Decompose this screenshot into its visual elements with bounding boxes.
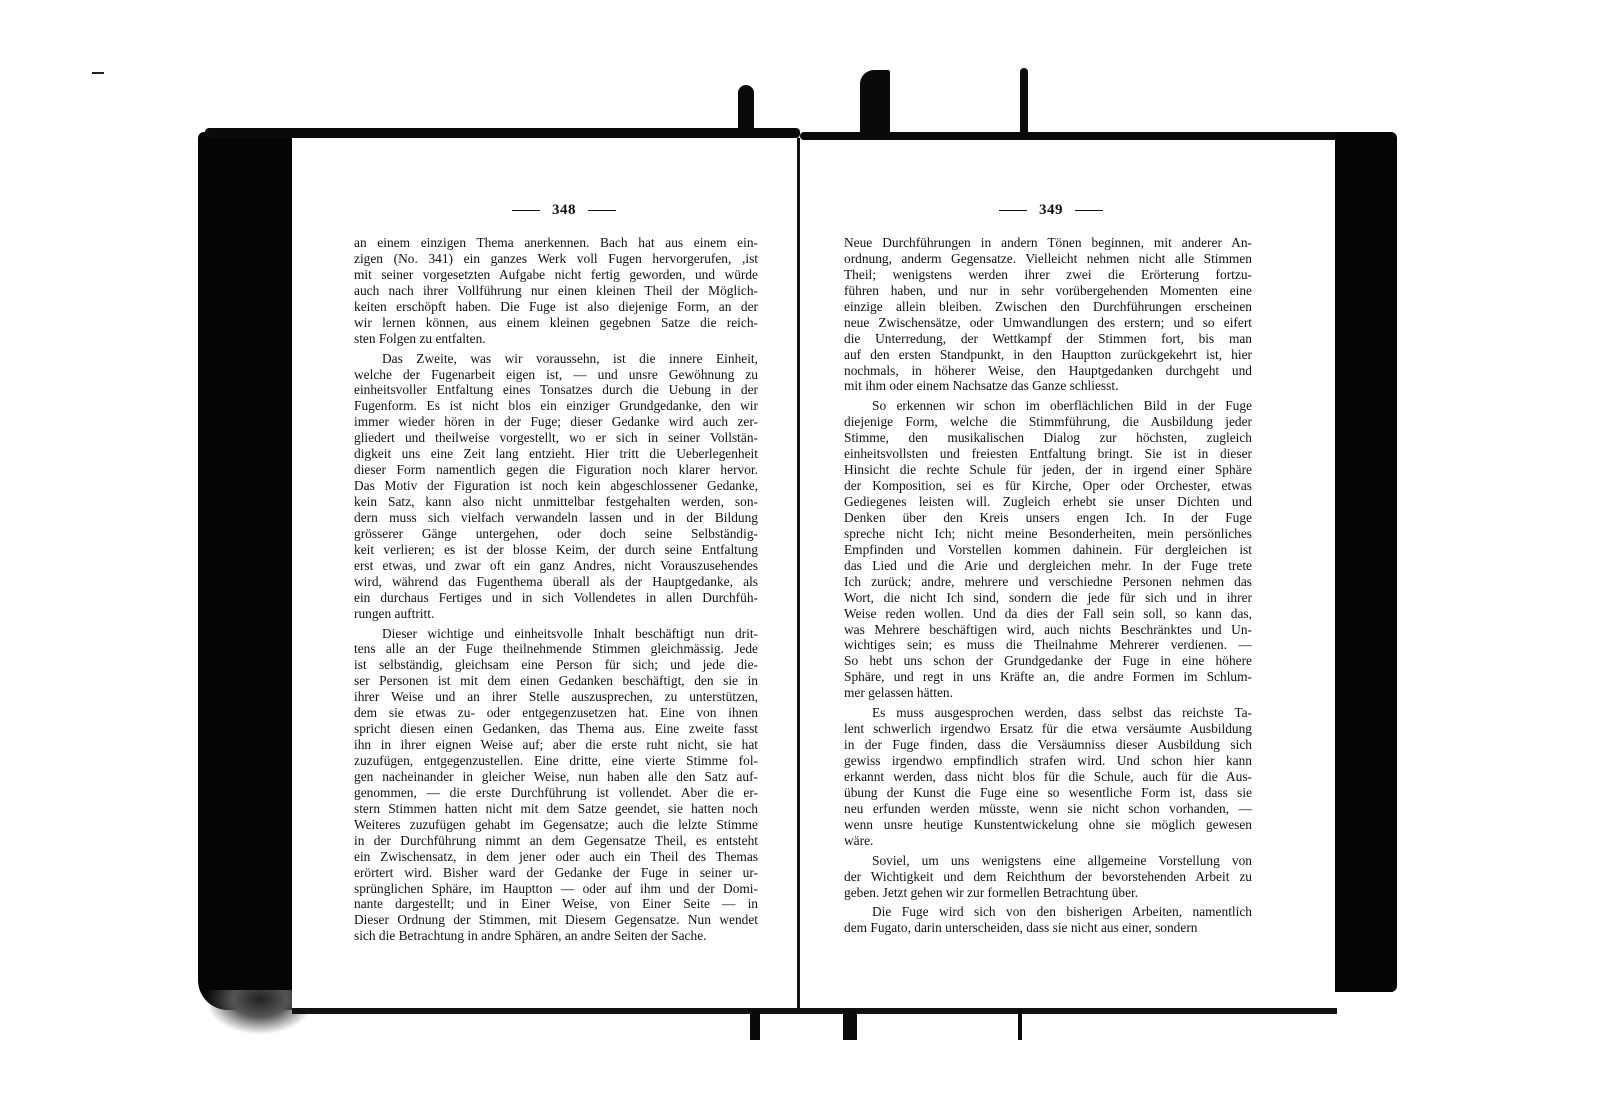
bookmark-tab-bottom [843, 1010, 857, 1040]
text-line: sich die Betrachtung in andre Sphären, a… [354, 928, 758, 944]
text-line: in der Fuge finden, dass die Versäumniss… [844, 737, 1252, 753]
text-line: Sphäre, und regt in uns Kräfte an, die a… [844, 669, 1252, 685]
text-line: Neue Durchführungen in andern Tönen begi… [844, 235, 1252, 251]
text-line: tens alle an der Fuge theilnehmende Stim… [354, 641, 758, 657]
text-line: Ich zurück; andre, mehrere und verschied… [844, 574, 1252, 590]
text-line: an einem einzigen Thema anerkennen. Bach… [354, 235, 758, 251]
text-line: neu erfunden werden müsste, wenn sie nic… [844, 801, 1252, 817]
text-line: wichtiges sein; es muss die Theilnahme M… [844, 637, 1252, 653]
text-line: mit seiner vorgesetzten Aufgabe nicht fe… [354, 267, 758, 283]
text-line: Theil; wenigstens werden ihrer zwei die … [844, 267, 1252, 283]
book-spine [797, 138, 800, 1008]
text-line: welche der Fugenarbeit eigen ist, — und … [354, 367, 758, 383]
bookmark-tab-bottom [1018, 1010, 1022, 1040]
text-line: diejenige Form, welche die Stimmführung,… [844, 414, 1252, 430]
text-line: kein Satz, kann also nicht unmittelbar f… [354, 494, 758, 510]
page-number-text: 348 [552, 202, 576, 218]
text-line: ist selbständig, gleichsam eine Person f… [354, 657, 758, 673]
text-line: mer gelassen hätten. [844, 685, 1252, 701]
page-number: 348 [500, 202, 628, 219]
scan-artifact-mark [92, 72, 104, 74]
text-line: Dieser Ordnung der Stimmen, mit Diesem G… [354, 912, 758, 928]
page-number-text: 349 [1039, 202, 1063, 218]
text-line: neue Zwischensätze, oder Umwandlungen de… [844, 315, 1252, 331]
text-line: erst etwas, und zwar oft ein ganz Andres… [354, 558, 758, 574]
text-line: das Lied und die Arie und dergleichen me… [844, 558, 1252, 574]
bookmark-tab [738, 85, 754, 133]
text-line: digkeit uns eine Zeit lang entzieht. Hie… [354, 446, 758, 462]
text-line: spreche nicht Ich; nicht meine Besonderh… [844, 526, 1252, 542]
book-top-edge-left [205, 128, 800, 138]
text-line: Fugenform. Es ist nicht blos ein einzige… [354, 398, 758, 414]
text-line: Dieser wichtige und einheitsvolle Inhalt… [354, 626, 758, 642]
text-line: sten Folgen zu entfalten. [354, 331, 758, 347]
text-line: Stimme, den musikalischen Dialog zur höc… [844, 430, 1252, 446]
text-line: auch nach ihrer Vollführung nur einen kl… [354, 283, 758, 299]
text-line: gliedert und theilweise vorgestellt, wo … [354, 430, 758, 446]
right-page: 349 Neue Durchführungen in andern Tönen … [804, 140, 1335, 1008]
text-line: dem Fugato, darin unterscheiden, dass si… [844, 920, 1252, 936]
text-line: mit ihm oder einem Nachsatze das Ganze s… [844, 378, 1252, 394]
text-line: dieser Form namentlich gegen die Figurat… [354, 462, 758, 478]
book-top-edge-right [800, 132, 1395, 140]
left-page: 348 an einem einzigen Thema anerkennen. … [292, 140, 797, 1008]
text-line: gen nacheinander in gleicher Weise, nun … [354, 769, 758, 785]
text-line: der Wichtigkeit und dem Reichthum der be… [844, 869, 1252, 885]
text-line: Weiteres zuzufügen gehabt im Gegensatze;… [354, 817, 758, 833]
text-line: sprünglichen Sphäre, im Hauptton — oder … [354, 881, 758, 897]
text-line: Das Motiv der Figuration ist noch kein a… [354, 478, 758, 494]
book-edge-left [198, 132, 292, 1010]
header-rule [512, 210, 540, 211]
text-line: dem sie etwas zu- oder entgegenzusetzen … [354, 705, 758, 721]
header-rule [588, 210, 616, 211]
text-line: Das Zweite, was wir voraussehn, ist die … [354, 351, 758, 367]
text-line: einzige allein bleiben. Zwischen den Dur… [844, 299, 1252, 315]
text-line: keiten erschöpft haben. Die Fuge ist als… [354, 299, 758, 315]
text-line: Wort, die nicht Ich sind, sondern die je… [844, 590, 1252, 606]
text-line: in der Durchführung nimmt an dem Gegensa… [354, 833, 758, 849]
text-line: Soviel, um uns wenigstens eine allgemein… [844, 853, 1252, 869]
text-line: Hinsicht die rechte Schule für jeden, de… [844, 462, 1252, 478]
book-bottom-edge [292, 1008, 1337, 1014]
text-line: Empfinden und Vorstellen kommen dahinein… [844, 542, 1252, 558]
text-line: ein Zwischensatz, in dem jener oder auch… [354, 849, 758, 865]
text-line: zuzufügen, entgegenzustellen. Eine dritt… [354, 753, 758, 769]
text-line: lent schwerlich irgendwo Ersatz für die … [844, 721, 1252, 737]
text-line: erörtert wird. Bisher ward der Gedanke d… [354, 865, 758, 881]
page-body-text: Neue Durchführungen in andern Tönen begi… [844, 235, 1252, 936]
text-line: gewiss irgendwo empfindlich strafen wird… [844, 753, 1252, 769]
text-line: So hebt uns schon der Grundgedanke der F… [844, 653, 1252, 669]
text-line: ordnung, anderm Gegensatze. Vielleicht n… [844, 251, 1252, 267]
header-rule [1075, 210, 1103, 211]
text-line: So erkennen wir schon im oberflächlichen… [844, 398, 1252, 414]
page-number: 349 [987, 202, 1115, 219]
text-line: auf den ersten Standpunkt, in den Hauptt… [844, 347, 1252, 363]
text-line: wird, während das Fugenthema überall als… [354, 574, 758, 590]
text-line: ein durchaus Fertiges und in sich Vollen… [354, 590, 758, 606]
text-line: ihrer Weise und an ihrer Stelle auszuspr… [354, 689, 758, 705]
bookmark-tab [860, 70, 890, 133]
text-line: erkannt werden, dass nicht blos für die … [844, 769, 1252, 785]
text-line: stern Stimmen hatten nicht mit dem Satze… [354, 801, 758, 817]
text-line: was Mehrere beschäftigen wird, auch nich… [844, 622, 1252, 638]
text-line: ihn in ihrer eignen Weise auf; aber die … [354, 737, 758, 753]
text-line: geben. Jetzt gehen wir zur formellen Bet… [844, 885, 1252, 901]
page-body-text: an einem einzigen Thema anerkennen. Bach… [354, 235, 758, 944]
text-line: wenn unsre heutige Kunstentwickelung ohn… [844, 817, 1252, 833]
text-line: einheitsvoller Entfaltung eines Tonsatze… [354, 382, 758, 398]
text-line: dern muss sich vielfach verwandeln lasse… [354, 510, 758, 526]
text-line: die Unterredung, der Wettkampf der Stimm… [844, 331, 1252, 347]
text-line: führen haben, und nur in sehr vorübergeh… [844, 283, 1252, 299]
book-edge-right [1335, 132, 1397, 992]
text-line: genommen, — die erste Durchführung ist v… [354, 785, 758, 801]
text-line: einheitsvollsten und freiesten Entfaltun… [844, 446, 1252, 462]
text-line: ser Personen ist mit dem einen Gedanken … [354, 673, 758, 689]
text-line: der Komposition, sei es für Kirche, Oper… [844, 478, 1252, 494]
text-line: grösserer Gänge untergehen, oder doch se… [354, 526, 758, 542]
text-line: übung der Kunst die Fuge eine so wesentl… [844, 785, 1252, 801]
text-line: Denken über den Kreis unsers engen Ich. … [844, 510, 1252, 526]
text-line: wäre. [844, 833, 1252, 849]
text-line: wir lernen können, aus einem kleinen geg… [354, 315, 758, 331]
text-line: rungen auftritt. [354, 606, 758, 622]
text-line: Weise reden wollen. Und da dies der Fall… [844, 606, 1252, 622]
text-line: nante dargestellt; und in Einer Weise, v… [354, 896, 758, 912]
text-line: Es muss ausgesprochen werden, dass selbs… [844, 705, 1252, 721]
bookmark-tab [1020, 68, 1028, 133]
text-line: Gediegenes leisten will. Zugleich erhebt… [844, 494, 1252, 510]
text-line: Die Fuge wird sich von den bisherigen Ar… [844, 904, 1252, 920]
text-line: keit verlieren; es ist der blosse Keim, … [354, 542, 758, 558]
text-line: nochmals, in höherer Weise, den Hauptged… [844, 363, 1252, 379]
text-line: zigen (No. 341) ein ganzes Werk voll Fug… [354, 251, 758, 267]
text-line: immer wieder hören in der Fuge; dieser G… [354, 414, 758, 430]
text-line: spricht diesen einen Gedanken, das Thema… [354, 721, 758, 737]
header-rule [999, 210, 1027, 211]
bookmark-tab-bottom [750, 1010, 760, 1040]
